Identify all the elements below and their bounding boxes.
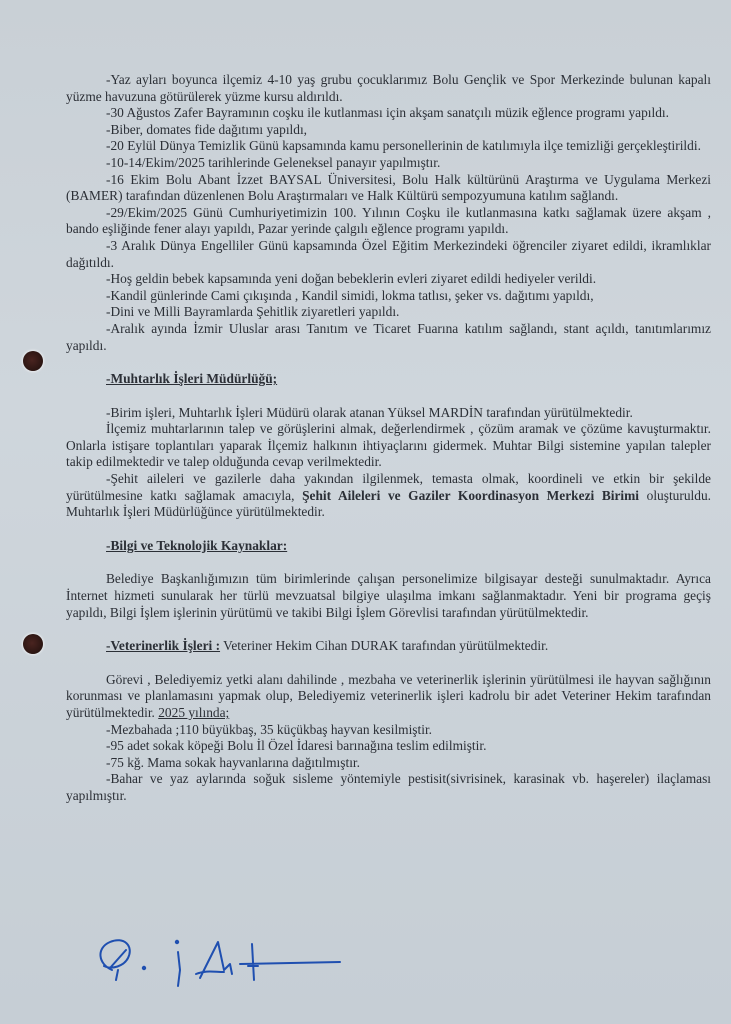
section-heading-veteriner: -Veterinerlik İşleri : Veteriner Hekim C… — [66, 638, 711, 655]
list-item: -29/Ekim/2025 Günü Cumhuriyetimizin 100.… — [66, 205, 711, 238]
list-item: -Kandil günlerinde Cami çıkışında , Kand… — [66, 288, 711, 305]
list-item: -3 Aralık Dünya Engelliler Günü kapsamın… — [66, 238, 711, 271]
list-item: -Mezbahada ;110 büyükbaş, 35 küçükbaş ha… — [66, 722, 711, 739]
paragraph: Belediye Başkanlığımızın tüm birimlerind… — [66, 571, 711, 621]
list-item: -30 Ağustos Zafer Bayramının coşku ile k… — [66, 105, 711, 122]
list-item: -10-14/Ekim/2025 tarihlerinde Geleneksel… — [66, 155, 711, 172]
list-item: -20 Eylül Dünya Temizlik Günü kapsamında… — [66, 138, 711, 155]
list-item: -75 kğ. Mama sokak hayvanlarına dağıtılm… — [66, 755, 711, 772]
paragraph: -Şehit aileleri ve gazilerle daha yakınd… — [66, 471, 711, 521]
list-item: -95 adet sokak köpeği Bolu İl Özel İdare… — [66, 738, 711, 755]
list-item: -Aralık ayında İzmir Uluslar arası Tanıt… — [66, 321, 711, 354]
paragraph: Görevi , Belediyemiz yetki alanı dahilin… — [66, 672, 711, 722]
unit-name: Şehit Aileleri ve Gaziler Koordinasyon M… — [302, 488, 639, 503]
punch-hole — [23, 634, 43, 654]
section-heading-bilgi: -Bilgi ve Teknolojik Kaynaklar: — [66, 538, 711, 555]
list-item: -Dini ve Milli Bayramlarda Şehitlik ziya… — [66, 304, 711, 321]
paragraph: İlçemiz muhtarlarının talep ve görüşleri… — [66, 421, 711, 471]
list-item: -Bahar ve yaz aylarında soğuk sisleme yö… — [66, 771, 711, 804]
signature-icon — [90, 930, 350, 990]
punch-hole — [23, 351, 43, 371]
section-heading-muhtarlik: -Muhtarlık İşleri Müdürlüğü; — [66, 371, 711, 388]
list-item: -Biber, domates fide dağıtımı yapıldı, — [66, 122, 711, 139]
document-body: -Yaz ayları boyunca ilçemiz 4-10 yaş gru… — [66, 72, 711, 805]
paragraph: -Birim işleri, Muhtarlık İşleri Müdürü o… — [66, 405, 711, 422]
list-item: -Yaz ayları boyunca ilçemiz 4-10 yaş gru… — [66, 72, 711, 105]
list-item: -Hoş geldin bebek kapsamında yeni doğan … — [66, 271, 711, 288]
list-item: -16 Ekim Bolu Abant İzzet BAYSAL Ünivers… — [66, 172, 711, 205]
document-page: -Yaz ayları boyunca ilçemiz 4-10 yaş gru… — [0, 0, 731, 1024]
